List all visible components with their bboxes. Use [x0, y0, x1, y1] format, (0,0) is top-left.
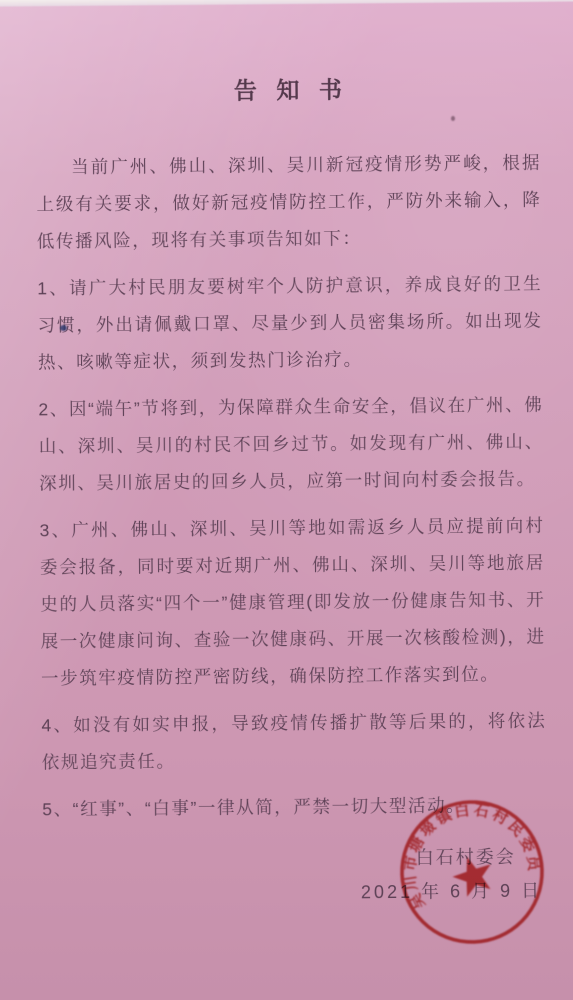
star-icon — [448, 851, 498, 900]
notice-intro: 当前广州、佛山、深圳、吴川新冠疫情形势严峻，根据上级有关要求，做好新冠疫情防控工… — [36, 145, 542, 261]
ink-speck — [60, 325, 67, 331]
notice-document: 告知书 当前广州、佛山、深圳、吴川新冠疫情形势严峻，根据上级有关要求，做好新冠疫… — [0, 0, 573, 913]
page-title: 告知书 — [35, 70, 540, 108]
ink-speck — [451, 116, 455, 121]
notice-item-2: 2、因“端午”节将到，为保障群众生命安全，倡议在广州、佛山、深圳、吴川的村民不回… — [38, 387, 544, 503]
notice-photo: 告知书 当前广州、佛山、深圳、吴川新冠疫情形势严峻，根据上级有关要求，做好新冠疫… — [0, 0, 573, 1000]
notice-item-3: 3、广州、佛山、深圳、吴川等地如需返乡人员应提前向村委会报备，同时要对近期广州、… — [39, 508, 546, 698]
notice-item-4: 4、如没有如实申报，导致疫情传播扩散等后果的，将依法依规追究责任。 — [41, 703, 547, 782]
notice-item-1: 1、请广大村民朋友要树牢个人防护意识，养成良好的卫生习惯，外出请佩戴口罩、尽量少… — [37, 266, 543, 382]
